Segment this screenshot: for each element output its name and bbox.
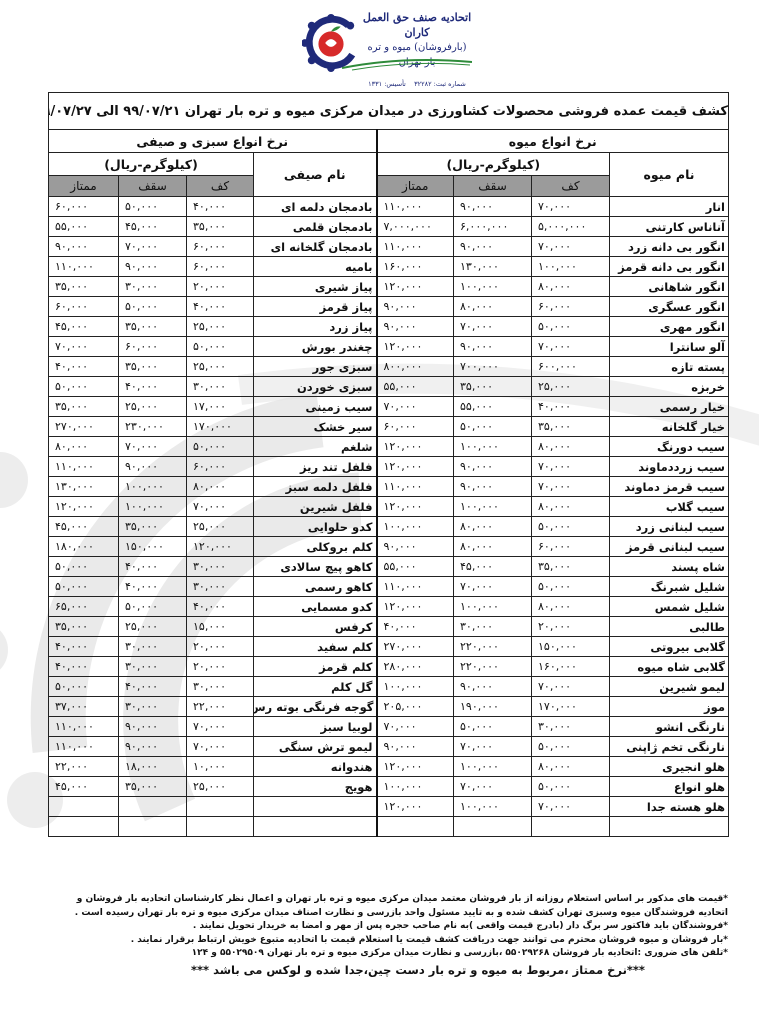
veg-max-price: ۹۰,۰۰۰	[119, 457, 187, 477]
logo-registration: شماره ثبت: ۳۲۲۸۲ تأسیس: ۱۳۳۱	[362, 80, 472, 89]
veg-col-premium: ممتاز	[49, 176, 119, 197]
veg-unit-label: (کیلوگرم-ریال)	[49, 153, 254, 176]
fruit-max-price: ۷۰,۰۰۰	[454, 737, 532, 757]
fruit-min-price: ۸۰,۰۰۰	[532, 277, 610, 297]
veg-min-price: ۱۰,۰۰۰	[187, 757, 254, 777]
fruit-premium-price: ۱۲۰,۰۰۰	[377, 437, 454, 457]
table-row: خیار رسمی۴۰,۰۰۰۵۵,۰۰۰۷۰,۰۰۰سیب زمینی۱۷,۰…	[49, 397, 729, 417]
fruit-name: طالبی	[610, 617, 729, 637]
fruit-name: آلو سانترا	[610, 337, 729, 357]
veg-min-price: ۳۰,۰۰۰	[187, 557, 254, 577]
fruit-min-price: ۶۰,۰۰۰	[532, 297, 610, 317]
veg-premium-price: ۶۰,۰۰۰	[49, 197, 119, 217]
veg-name: پیاز شیری	[254, 277, 377, 297]
veg-min-price: ۶۰,۰۰۰	[187, 237, 254, 257]
fruit-premium-price: ۱۲۰,۰۰۰	[377, 597, 454, 617]
veg-min-price: ۱۷۰,۰۰۰	[187, 417, 254, 437]
veg-max-price	[119, 817, 187, 837]
fruit-min-price: ۷۰,۰۰۰	[532, 677, 610, 697]
fruit-premium-price: ۷۰,۰۰۰	[377, 717, 454, 737]
table-row: انگور بی دانه قرمز۱۰۰,۰۰۰۱۳۰,۰۰۰۱۶۰,۰۰۰ب…	[49, 257, 729, 277]
section-header-row: نرخ انواع میوه نرخ انواع سبزی و صیفی	[49, 130, 729, 153]
fruit-min-price: ۷۰,۰۰۰	[532, 337, 610, 357]
veg-premium-price	[49, 817, 119, 837]
veg-name: کدو حلوایی	[254, 517, 377, 537]
fruit-min-price: ۱۰۰,۰۰۰	[532, 257, 610, 277]
fruit-min-price: ۳۵,۰۰۰	[532, 417, 610, 437]
fruit-max-price: ۱۰۰,۰۰۰	[454, 277, 532, 297]
veg-name: هویج	[254, 777, 377, 797]
fruit-max-price: ۲۲۰,۰۰۰	[454, 637, 532, 657]
veg-min-price: ۲۰,۰۰۰	[187, 657, 254, 677]
veg-name	[254, 797, 377, 817]
veg-premium-price: ۲۲,۰۰۰	[49, 757, 119, 777]
veg-min-price: ۳۰,۰۰۰	[187, 677, 254, 697]
unit-row: نام میوه (کیلوگرم-ریال) نام صیفی (کیلوگر…	[49, 153, 729, 176]
fruit-max-price: ۹۰,۰۰۰	[454, 237, 532, 257]
fruit-premium-price: ۴۰,۰۰۰	[377, 617, 454, 637]
fruit-premium-price: ۲۷۰,۰۰۰	[377, 637, 454, 657]
fruit-name-column-header: نام میوه	[610, 153, 729, 197]
fruit-min-price: ۷۰,۰۰۰	[532, 237, 610, 257]
note-price-source: *قیمت های مذکور بر اساس استعلام روزانه ا…	[48, 893, 728, 920]
fruit-min-price: ۵۰,۰۰۰	[532, 577, 610, 597]
veg-premium-price: ۵۰,۰۰۰	[49, 377, 119, 397]
fruit-max-price: ۱۰۰,۰۰۰	[454, 437, 532, 457]
veg-premium-price: ۱۱۰,۰۰۰	[49, 257, 119, 277]
fruit-min-price: ۷۰,۰۰۰	[532, 477, 610, 497]
fruit-name: انار	[610, 197, 729, 217]
veg-premium-price: ۴۵,۰۰۰	[49, 517, 119, 537]
fruit-max-price: ۷۰,۰۰۰	[454, 317, 532, 337]
veg-min-price: ۱۷,۰۰۰	[187, 397, 254, 417]
fruit-name: شاه پسند	[610, 557, 729, 577]
fruit-min-price: ۲۰,۰۰۰	[532, 617, 610, 637]
fruit-min-price: ۱۷۰,۰۰۰	[532, 697, 610, 717]
veg-premium-price: ۱۱۰,۰۰۰	[49, 737, 119, 757]
fruit-name: گلابی بیروتی	[610, 637, 729, 657]
fruit-premium-price	[377, 817, 454, 837]
veg-max-price: ۹۰,۰۰۰	[119, 717, 187, 737]
fruit-min-price: ۵۰,۰۰۰	[532, 737, 610, 757]
fruit-max-price: ۱۰۰,۰۰۰	[454, 797, 532, 817]
table-row: سیب لبنانی زرد۵۰,۰۰۰۸۰,۰۰۰۱۰۰,۰۰۰کدو حلو…	[49, 517, 729, 537]
veg-min-price: ۲۵,۰۰۰	[187, 317, 254, 337]
veg-max-price: ۷۰,۰۰۰	[119, 237, 187, 257]
fruit-col-premium: ممتاز	[377, 176, 454, 197]
veg-name: کلم قرمز	[254, 657, 377, 677]
veg-name: کدو مسمایی	[254, 597, 377, 617]
veg-name: فلفل تند ریز	[254, 457, 377, 477]
veg-max-price: ۳۰,۰۰۰	[119, 637, 187, 657]
fruit-max-price: ۹۰,۰۰۰	[454, 337, 532, 357]
table-row: گلابی شاه میوه۱۶۰,۰۰۰۲۲۰,۰۰۰۲۸۰,۰۰۰کلم ق…	[49, 657, 729, 677]
veg-min-price: ۴۰,۰۰۰	[187, 197, 254, 217]
fruit-max-price: ۷۰,۰۰۰	[454, 577, 532, 597]
fruit-col-min: کف	[532, 176, 610, 197]
veg-max-price: ۱۰۰,۰۰۰	[119, 497, 187, 517]
veg-name: گل کلم	[254, 677, 377, 697]
fruit-max-price: ۱۹۰,۰۰۰	[454, 697, 532, 717]
logo-text: اتحادیه صنف حق العمل کاران (بارفروشان) م…	[362, 10, 472, 89]
price-table: کشف قیمت عمده فروشی محصولات کشاورزی در م…	[48, 92, 729, 837]
table-row: نارنگی انشو۳۰,۰۰۰۵۰,۰۰۰۷۰,۰۰۰لوبیا سبز۷۰…	[49, 717, 729, 737]
note-phone-numbers: *تلفن های ضروری :اتحادیه بار فروشان ۵۵۰۲…	[48, 947, 728, 961]
veg-name: پیاز زرد	[254, 317, 377, 337]
fruit-premium-price: ۷۰,۰۰۰	[377, 397, 454, 417]
veg-min-price: ۵۰,۰۰۰	[187, 437, 254, 457]
table-row: شاه پسند۳۵,۰۰۰۴۵,۰۰۰۵۵,۰۰۰کاهو پیچ سالاد…	[49, 557, 729, 577]
fruit-premium-price: ۶۰,۰۰۰	[377, 417, 454, 437]
fruit-name: سیب لبنانی قرمز	[610, 537, 729, 557]
fruit-name: انگور عسگری	[610, 297, 729, 317]
fruit-premium-price: ۹۰,۰۰۰	[377, 537, 454, 557]
veg-min-price: ۷۰,۰۰۰	[187, 737, 254, 757]
veg-min-price: ۳۵,۰۰۰	[187, 217, 254, 237]
veg-min-price: ۱۵,۰۰۰	[187, 617, 254, 637]
veg-premium-price: ۷۰,۰۰۰	[49, 337, 119, 357]
fruit-premium-price: ۹۰,۰۰۰	[377, 297, 454, 317]
fruit-name: هلو انواع	[610, 777, 729, 797]
fruit-min-price: ۷۰,۰۰۰	[532, 797, 610, 817]
table-row: سیب زرددماوند۷۰,۰۰۰۹۰,۰۰۰۱۲۰,۰۰۰فلفل تند…	[49, 457, 729, 477]
veg-max-price: ۷۰,۰۰۰	[119, 437, 187, 457]
fruit-name: هلو هسته جدا	[610, 797, 729, 817]
fruit-min-price	[532, 817, 610, 837]
fruit-max-price: ۵۰,۰۰۰	[454, 417, 532, 437]
table-row: انگور شاهانی۸۰,۰۰۰۱۰۰,۰۰۰۱۲۰,۰۰۰پیاز شیر…	[49, 277, 729, 297]
veg-name: کلم سفید	[254, 637, 377, 657]
table-row: خیار گلخانه۳۵,۰۰۰۵۰,۰۰۰۶۰,۰۰۰سیر خشک۱۷۰,…	[49, 417, 729, 437]
veg-min-price: ۷۰,۰۰۰	[187, 497, 254, 517]
veg-max-price: ۲۳۰,۰۰۰	[119, 417, 187, 437]
fruit-premium-price: ۵۵,۰۰۰	[377, 377, 454, 397]
union-logo: اتحادیه صنف حق العمل کاران (بارفروشان) م…	[300, 6, 470, 86]
logo-union-name: اتحادیه صنف حق العمل کاران	[362, 10, 472, 40]
fruit-name: انگور مهری	[610, 317, 729, 337]
veg-max-price: ۳۵,۰۰۰	[119, 517, 187, 537]
fruit-premium-price: ۱۲۰,۰۰۰	[377, 797, 454, 817]
fruit-premium-price: ۱۰۰,۰۰۰	[377, 517, 454, 537]
veg-name: شلغم	[254, 437, 377, 457]
fruit-min-price: ۳۰,۰۰۰	[532, 717, 610, 737]
note-contact-union: *بار فروشان و میوه فروشان محترم می توانن…	[48, 934, 728, 948]
veg-min-price: ۳۰,۰۰۰	[187, 577, 254, 597]
fruit-name: نارنگی انشو	[610, 717, 729, 737]
page-title: کشف قیمت عمده فروشی محصولات کشاورزی در م…	[49, 93, 729, 130]
veg-name	[254, 817, 377, 837]
green-swoosh-icon	[342, 56, 472, 72]
fruit-premium-price: ۱۱۰,۰۰۰	[377, 237, 454, 257]
table-row: خربزه۲۵,۰۰۰۳۵,۰۰۰۵۵,۰۰۰سبزی خوردن۳۰,۰۰۰۴…	[49, 377, 729, 397]
veg-premium-price: ۳۷,۰۰۰	[49, 697, 119, 717]
veg-col-max: سقف	[119, 176, 187, 197]
veg-min-price: ۱۲۰,۰۰۰	[187, 537, 254, 557]
veg-premium-price: ۳۵,۰۰۰	[49, 617, 119, 637]
fruit-min-price: ۱۶۰,۰۰۰	[532, 657, 610, 677]
fruit-premium-price: ۱۱۰,۰۰۰	[377, 477, 454, 497]
table-row: نارنگی تخم ژاپنی۵۰,۰۰۰۷۰,۰۰۰۹۰,۰۰۰لیمو ت…	[49, 737, 729, 757]
fruit-name: خیار رسمی	[610, 397, 729, 417]
veg-min-price: ۳۰,۰۰۰	[187, 377, 254, 397]
veg-name-column-header: نام صیفی	[254, 153, 377, 197]
veg-max-price: ۴۰,۰۰۰	[119, 377, 187, 397]
fruit-premium-price: ۸۰۰,۰۰۰	[377, 357, 454, 377]
veg-min-price: ۴۰,۰۰۰	[187, 597, 254, 617]
table-row: سیب لبنانی قرمز۶۰,۰۰۰۸۰,۰۰۰۹۰,۰۰۰کلم برو…	[49, 537, 729, 557]
veg-min-price	[187, 797, 254, 817]
fruit-unit-label: (کیلوگرم-ریال)	[377, 153, 610, 176]
fruit-name: نارنگی تخم ژاپنی	[610, 737, 729, 757]
veg-max-price: ۳۵,۰۰۰	[119, 357, 187, 377]
fruit-min-price: ۸۰,۰۰۰	[532, 597, 610, 617]
fruit-max-price: ۲۲۰,۰۰۰	[454, 657, 532, 677]
fruit-min-price: ۵۰,۰۰۰	[532, 517, 610, 537]
veg-name: سیب زمینی	[254, 397, 377, 417]
fruit-name: شلیل شمس	[610, 597, 729, 617]
fruit-name: پسته تازه	[610, 357, 729, 377]
table-row: موز۱۷۰,۰۰۰۱۹۰,۰۰۰۲۰۵,۰۰۰گوجه فرنگی بوته …	[49, 697, 729, 717]
veg-min-price: ۲۵,۰۰۰	[187, 517, 254, 537]
registration-number: شماره ثبت: ۳۲۲۸۲	[414, 80, 466, 88]
fruit-min-price: ۸۰,۰۰۰	[532, 497, 610, 517]
veg-min-price: ۴۰,۰۰۰	[187, 297, 254, 317]
veg-min-price: ۲۰,۰۰۰	[187, 637, 254, 657]
fruit-min-price: ۵۰,۰۰۰	[532, 317, 610, 337]
veg-min-price: ۸۰,۰۰۰	[187, 477, 254, 497]
veg-max-price: ۲۵,۰۰۰	[119, 617, 187, 637]
fruit-premium-price: ۱۲۰,۰۰۰	[377, 497, 454, 517]
veg-premium-price: ۶۵,۰۰۰	[49, 597, 119, 617]
fruit-premium-price: ۱۲۰,۰۰۰	[377, 277, 454, 297]
veg-max-price: ۵۰,۰۰۰	[119, 597, 187, 617]
fruit-premium-price: ۹۰,۰۰۰	[377, 737, 454, 757]
veg-premium-price: ۴۰,۰۰۰	[49, 657, 119, 677]
fruit-name: شلیل شبرنگ	[610, 577, 729, 597]
fruit-premium-price: ۹۰,۰۰۰	[377, 317, 454, 337]
veg-name: چغندر بورش	[254, 337, 377, 357]
fruit-max-price: ۱۰۰,۰۰۰	[454, 757, 532, 777]
fruit-max-price: ۱۰۰,۰۰۰	[454, 497, 532, 517]
fruit-max-price: ۷۰۰,۰۰۰	[454, 357, 532, 377]
veg-name: بامیه	[254, 257, 377, 277]
veg-name: بادمجان گلخانه ای	[254, 237, 377, 257]
note-invoice: *فروشندگان باید فاکتور سر برگ دار (بادرج…	[48, 920, 728, 934]
veg-min-price: ۲۰,۰۰۰	[187, 277, 254, 297]
veg-max-price: ۴۰,۰۰۰	[119, 677, 187, 697]
fruit-name: هلو انجیری	[610, 757, 729, 777]
fruit-premium-price: ۱۱۰,۰۰۰	[377, 197, 454, 217]
fruit-max-price: ۷۰,۰۰۰	[454, 777, 532, 797]
veg-max-price: ۱۰۰,۰۰۰	[119, 477, 187, 497]
fruit-premium-price: ۱۶۰,۰۰۰	[377, 257, 454, 277]
veg-min-price: ۲۲,۰۰۰	[187, 697, 254, 717]
fruit-min-price: ۷۰,۰۰۰	[532, 457, 610, 477]
veg-premium-price: ۱۸۰,۰۰۰	[49, 537, 119, 557]
fruit-max-price: ۹۰,۰۰۰	[454, 477, 532, 497]
fruit-name: خیار گلخانه	[610, 417, 729, 437]
veg-premium-price: ۹۰,۰۰۰	[49, 237, 119, 257]
fruit-name: سیب زرددماوند	[610, 457, 729, 477]
fruit-max-price: ۸۰,۰۰۰	[454, 537, 532, 557]
fruit-max-price: ۴۵,۰۰۰	[454, 557, 532, 577]
fruit-name: سیب قرمز دماوند	[610, 477, 729, 497]
veg-max-price: ۱۵۰,۰۰۰	[119, 537, 187, 557]
veg-premium-price: ۱۳۰,۰۰۰	[49, 477, 119, 497]
veg-premium-price: ۱۲۰,۰۰۰	[49, 497, 119, 517]
table-row: انار۷۰,۰۰۰۹۰,۰۰۰۱۱۰,۰۰۰بادمجان دلمه ای۴۰…	[49, 197, 729, 217]
veg-name: بادمجان دلمه ای	[254, 197, 377, 217]
fruit-max-price: ۳۵,۰۰۰	[454, 377, 532, 397]
fruit-name: لیمو شیرین	[610, 677, 729, 697]
founded-year: تأسیس: ۱۳۳۱	[368, 80, 406, 88]
fruit-premium-price: ۱۱۰,۰۰۰	[377, 577, 454, 597]
veg-max-price: ۵۰,۰۰۰	[119, 297, 187, 317]
fruit-min-price: ۷۰,۰۰۰	[532, 197, 610, 217]
fruit-name: انگور بی دانه زرد	[610, 237, 729, 257]
premium-rate-footnote: ***نرخ ممتاز ،مربوط به میوه و تره بار دس…	[48, 964, 728, 978]
fruit-name: انگور بی دانه قرمز	[610, 257, 729, 277]
veg-min-price: ۷۰,۰۰۰	[187, 717, 254, 737]
veg-name: فلفل دلمه سبز	[254, 477, 377, 497]
fruit-name: سیب لبنانی زرد	[610, 517, 729, 537]
veg-max-price: ۶۰,۰۰۰	[119, 337, 187, 357]
fruit-col-max: سقف	[454, 176, 532, 197]
veg-premium-price: ۵۰,۰۰۰	[49, 557, 119, 577]
fruit-section-header: نرخ انواع میوه	[377, 130, 729, 153]
veg-premium-price: ۱۱۰,۰۰۰	[49, 717, 119, 737]
fruit-max-price: ۹۰,۰۰۰	[454, 457, 532, 477]
fruit-name: سیب گلاب	[610, 497, 729, 517]
fruit-premium-price: ۱۰۰,۰۰۰	[377, 777, 454, 797]
veg-premium-price: ۳۵,۰۰۰	[49, 397, 119, 417]
veg-col-min: کف	[187, 176, 254, 197]
veg-premium-price: ۲۷۰,۰۰۰	[49, 417, 119, 437]
veg-max-price: ۴۵,۰۰۰	[119, 217, 187, 237]
veg-premium-price: ۵۰,۰۰۰	[49, 677, 119, 697]
fruit-min-price: ۶۰۰,۰۰۰	[532, 357, 610, 377]
veg-max-price: ۳۰,۰۰۰	[119, 657, 187, 677]
veg-name: هندوانه	[254, 757, 377, 777]
table-row: سیب قرمز دماوند۷۰,۰۰۰۹۰,۰۰۰۱۱۰,۰۰۰فلفل د…	[49, 477, 729, 497]
veg-max-price: ۳۰,۰۰۰	[119, 697, 187, 717]
veg-name: سبزی خوردن	[254, 377, 377, 397]
table-row: شلیل شبرنگ۵۰,۰۰۰۷۰,۰۰۰۱۱۰,۰۰۰کاهو رسمی۳۰…	[49, 577, 729, 597]
fruit-premium-price: ۲۰۵,۰۰۰	[377, 697, 454, 717]
title-row: کشف قیمت عمده فروشی محصولات کشاورزی در م…	[49, 93, 729, 130]
fruit-name: آناناس کارتنی	[610, 217, 729, 237]
fruit-max-price: ۱۰۰,۰۰۰	[454, 597, 532, 617]
veg-name: سبزی جور	[254, 357, 377, 377]
table-row: سیب دورنگ۸۰,۰۰۰۱۰۰,۰۰۰۱۲۰,۰۰۰شلغم۵۰,۰۰۰۷…	[49, 437, 729, 457]
veg-min-price: ۶۰,۰۰۰	[187, 457, 254, 477]
veg-premium-price: ۶۰,۰۰۰	[49, 297, 119, 317]
table-row: انگور بی دانه زرد۷۰,۰۰۰۹۰,۰۰۰۱۱۰,۰۰۰بادم…	[49, 237, 729, 257]
veg-min-price	[187, 817, 254, 837]
fruit-name: موز	[610, 697, 729, 717]
veg-name: سیر خشک	[254, 417, 377, 437]
veg-name: گوجه فرنگی بوته رس	[254, 697, 377, 717]
table-row: لیمو شیرین۷۰,۰۰۰۹۰,۰۰۰۱۰۰,۰۰۰گل کلم۳۰,۰۰…	[49, 677, 729, 697]
fruit-min-price: ۵,۰۰۰,۰۰۰	[532, 217, 610, 237]
veg-name: کاهو رسمی	[254, 577, 377, 597]
veg-max-price: ۳۵,۰۰۰	[119, 777, 187, 797]
fruit-max-price: ۹۰,۰۰۰	[454, 677, 532, 697]
veg-name: لیمو ترش سنگی	[254, 737, 377, 757]
veg-premium-price: ۱۱۰,۰۰۰	[49, 457, 119, 477]
fruit-name: گلابی شاه میوه	[610, 657, 729, 677]
veg-min-price: ۵۰,۰۰۰	[187, 337, 254, 357]
table-row: شلیل شمس۸۰,۰۰۰۱۰۰,۰۰۰۱۲۰,۰۰۰کدو مسمایی۴۰…	[49, 597, 729, 617]
table-row: هلو انجیری۸۰,۰۰۰۱۰۰,۰۰۰۱۲۰,۰۰۰هندوانه۱۰,…	[49, 757, 729, 777]
veg-max-price	[119, 797, 187, 817]
fruit-max-price: ۸۰,۰۰۰	[454, 517, 532, 537]
veg-premium-price: ۵۵,۰۰۰	[49, 217, 119, 237]
table-row: آلو سانترا۷۰,۰۰۰۹۰,۰۰۰۱۲۰,۰۰۰چغندر بورش۵…	[49, 337, 729, 357]
fruit-min-price: ۵۰,۰۰۰	[532, 777, 610, 797]
veg-name: بادمجان قلمی	[254, 217, 377, 237]
fruit-max-price: ۶,۰۰۰,۰۰۰	[454, 217, 532, 237]
table-row: گلابی بیروتی۱۵۰,۰۰۰۲۲۰,۰۰۰۲۷۰,۰۰۰کلم سفی…	[49, 637, 729, 657]
veg-premium-price: ۴۰,۰۰۰	[49, 357, 119, 377]
table-row: هلو انواع۵۰,۰۰۰۷۰,۰۰۰۱۰۰,۰۰۰هویج۲۵,۰۰۰۳۵…	[49, 777, 729, 797]
table-row: انگور مهری۵۰,۰۰۰۷۰,۰۰۰۹۰,۰۰۰پیاز زرد۲۵,۰…	[49, 317, 729, 337]
veg-premium-price	[49, 797, 119, 817]
fruit-premium-price: ۷,۰۰۰,۰۰۰	[377, 217, 454, 237]
veg-premium-price: ۵۰,۰۰۰	[49, 577, 119, 597]
fruit-max-price: ۸۰,۰۰۰	[454, 297, 532, 317]
fruit-min-price: ۲۵,۰۰۰	[532, 377, 610, 397]
fruit-name: سیب دورنگ	[610, 437, 729, 457]
fruit-name: انگور شاهانی	[610, 277, 729, 297]
veg-max-price: ۴۰,۰۰۰	[119, 557, 187, 577]
veg-premium-price: ۴۰,۰۰۰	[49, 637, 119, 657]
fruit-max-price: ۹۰,۰۰۰	[454, 197, 532, 217]
fruit-min-price: ۴۰,۰۰۰	[532, 397, 610, 417]
fruit-min-price: ۸۰,۰۰۰	[532, 437, 610, 457]
veg-min-price: ۲۵,۰۰۰	[187, 357, 254, 377]
table-row: طالبی۲۰,۰۰۰۳۰,۰۰۰۴۰,۰۰۰کرفس۱۵,۰۰۰۲۵,۰۰۰۳…	[49, 617, 729, 637]
veg-name: پیاز قرمز	[254, 297, 377, 317]
fruit-min-price: ۳۵,۰۰۰	[532, 557, 610, 577]
veg-max-price: ۹۰,۰۰۰	[119, 737, 187, 757]
veg-premium-price: ۸۰,۰۰۰	[49, 437, 119, 457]
fruit-min-price: ۸۰,۰۰۰	[532, 757, 610, 777]
veg-max-price: ۵۰,۰۰۰	[119, 197, 187, 217]
table-row: آناناس کارتنی۵,۰۰۰,۰۰۰۶,۰۰۰,۰۰۰۷,۰۰۰,۰۰۰…	[49, 217, 729, 237]
fruit-max-price: ۵۰,۰۰۰	[454, 717, 532, 737]
fruit-premium-price: ۱۰۰,۰۰۰	[377, 677, 454, 697]
fruit-name	[610, 817, 729, 837]
fruit-min-price: ۱۵۰,۰۰۰	[532, 637, 610, 657]
fruit-name: خربزه	[610, 377, 729, 397]
veg-name: کلم بروکلی	[254, 537, 377, 557]
notes-section: *قیمت های مذکور بر اساس استعلام روزانه ا…	[48, 893, 728, 977]
fruit-max-price: ۱۳۰,۰۰۰	[454, 257, 532, 277]
price-rows: انار۷۰,۰۰۰۹۰,۰۰۰۱۱۰,۰۰۰بادمجان دلمه ای۴۰…	[49, 197, 729, 837]
veg-max-price: ۹۰,۰۰۰	[119, 257, 187, 277]
veg-min-price: ۲۵,۰۰۰	[187, 777, 254, 797]
fruit-premium-price: ۲۸۰,۰۰۰	[377, 657, 454, 677]
fruit-max-price: ۳۰,۰۰۰	[454, 617, 532, 637]
veg-min-price: ۶۰,۰۰۰	[187, 257, 254, 277]
table-row: سیب گلاب۸۰,۰۰۰۱۰۰,۰۰۰۱۲۰,۰۰۰فلفل شیرین۷۰…	[49, 497, 729, 517]
veg-premium-price: ۴۵,۰۰۰	[49, 317, 119, 337]
veg-premium-price: ۴۵,۰۰۰	[49, 777, 119, 797]
veg-max-price: ۳۵,۰۰۰	[119, 317, 187, 337]
table-row: انگور عسگری۶۰,۰۰۰۸۰,۰۰۰۹۰,۰۰۰پیاز قرمز۴۰…	[49, 297, 729, 317]
fruit-premium-price: ۱۲۰,۰۰۰	[377, 457, 454, 477]
